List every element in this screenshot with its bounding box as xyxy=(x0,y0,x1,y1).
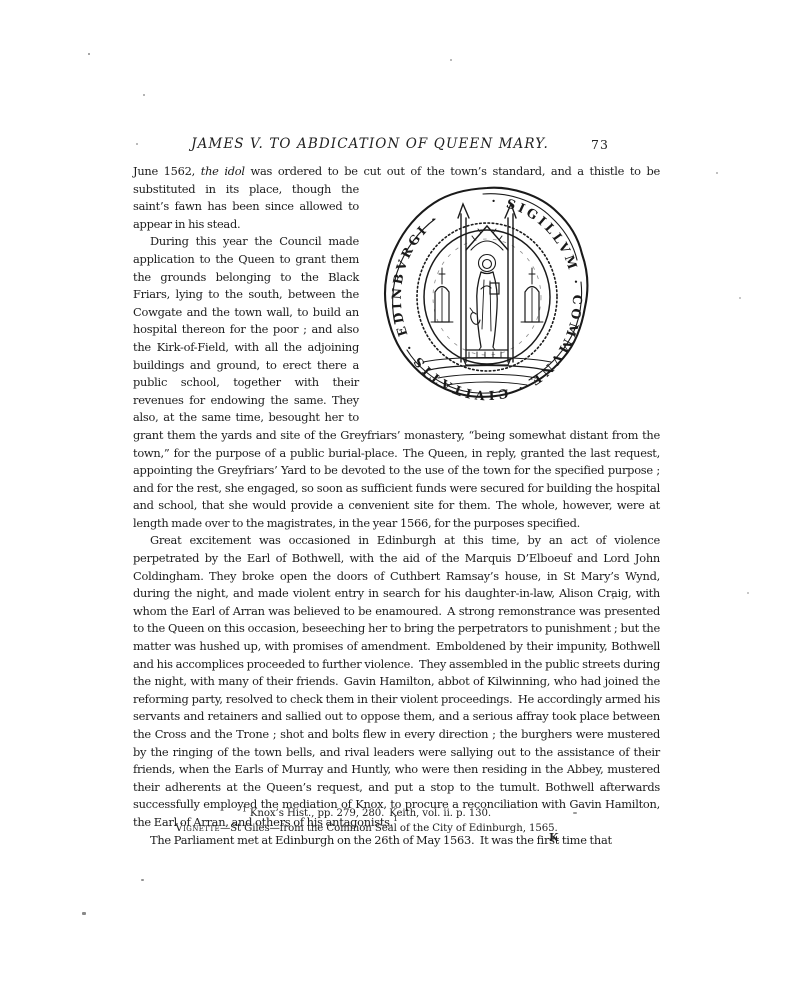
seal-beaded-ring xyxy=(417,223,557,371)
scan-speck xyxy=(747,592,749,594)
scan-speck xyxy=(143,94,145,96)
vignette-caption: Vignette—St Giles—from the Common Seal o… xyxy=(133,821,600,836)
seal-figure-st-giles xyxy=(470,254,499,350)
seal-legend-ring: · SIGILLVM · COMMVNE · CIVITATIS · EDINB… xyxy=(389,193,585,403)
scan-speck xyxy=(716,172,718,174)
footnote-1-text: Knox’s Hist., pp. 279, 280. Keith, vol. … xyxy=(247,808,491,819)
page-number: 73 xyxy=(591,137,609,152)
scan-speck xyxy=(136,143,138,145)
scan-speck xyxy=(141,879,144,881)
scan-speck xyxy=(739,297,741,299)
printers-signature-mark: K xyxy=(549,831,559,844)
footnote-1: 1 Knox’s Hist., pp. 279, 280. Keith, vol… xyxy=(133,806,600,821)
scan-speck xyxy=(82,912,86,915)
edinburgh-seal-engraving: · SIGILLVM · COMMVNE · CIVITATIS · EDINB… xyxy=(383,184,591,408)
vignette-caption-label: Vignette xyxy=(175,823,220,834)
seal-niche xyxy=(458,204,516,365)
scan-speck xyxy=(573,812,577,814)
paragraph-3: Great excitement was occasioned in Edinb… xyxy=(133,532,660,831)
running-head: JAMES V. TO ABDICATION OF QUEEN MARY. 73 xyxy=(133,136,660,154)
seal-vignette-illustration: · SIGILLVM · COMMVNE · CIVITATIS · EDINB… xyxy=(383,184,591,408)
page-title: JAMES V. TO ABDICATION OF QUEEN MARY. xyxy=(191,136,549,152)
paragraph-1-text: June 1562, xyxy=(133,164,201,178)
paragraph-1: June 1562, the idol was ordered to be cu… xyxy=(133,163,660,233)
book-page: JAMES V. TO ABDICATION OF QUEEN MARY. 73… xyxy=(0,0,790,1000)
body-text: June 1562, the idol was ordered to be cu… xyxy=(133,163,660,849)
paragraph-1-text: was ordered to be cut out of the town’s … xyxy=(245,164,630,178)
scan-speck xyxy=(356,504,359,506)
scan-speck xyxy=(612,597,614,599)
paragraph-3-text: Great excitement was occasioned in Edinb… xyxy=(133,533,660,829)
seal-inner-circle xyxy=(424,230,550,364)
footnote-block: 1 Knox’s Hist., pp. 279, 280. Keith, vol… xyxy=(133,806,660,836)
vignette-caption-text: —St Giles—from the Common Seal of the Ci… xyxy=(220,823,558,834)
scan-speck xyxy=(450,59,452,61)
scan-speck xyxy=(88,53,90,55)
seal-side-windows xyxy=(431,268,543,322)
italic-phrase-the-idol: the idol xyxy=(201,164,245,178)
